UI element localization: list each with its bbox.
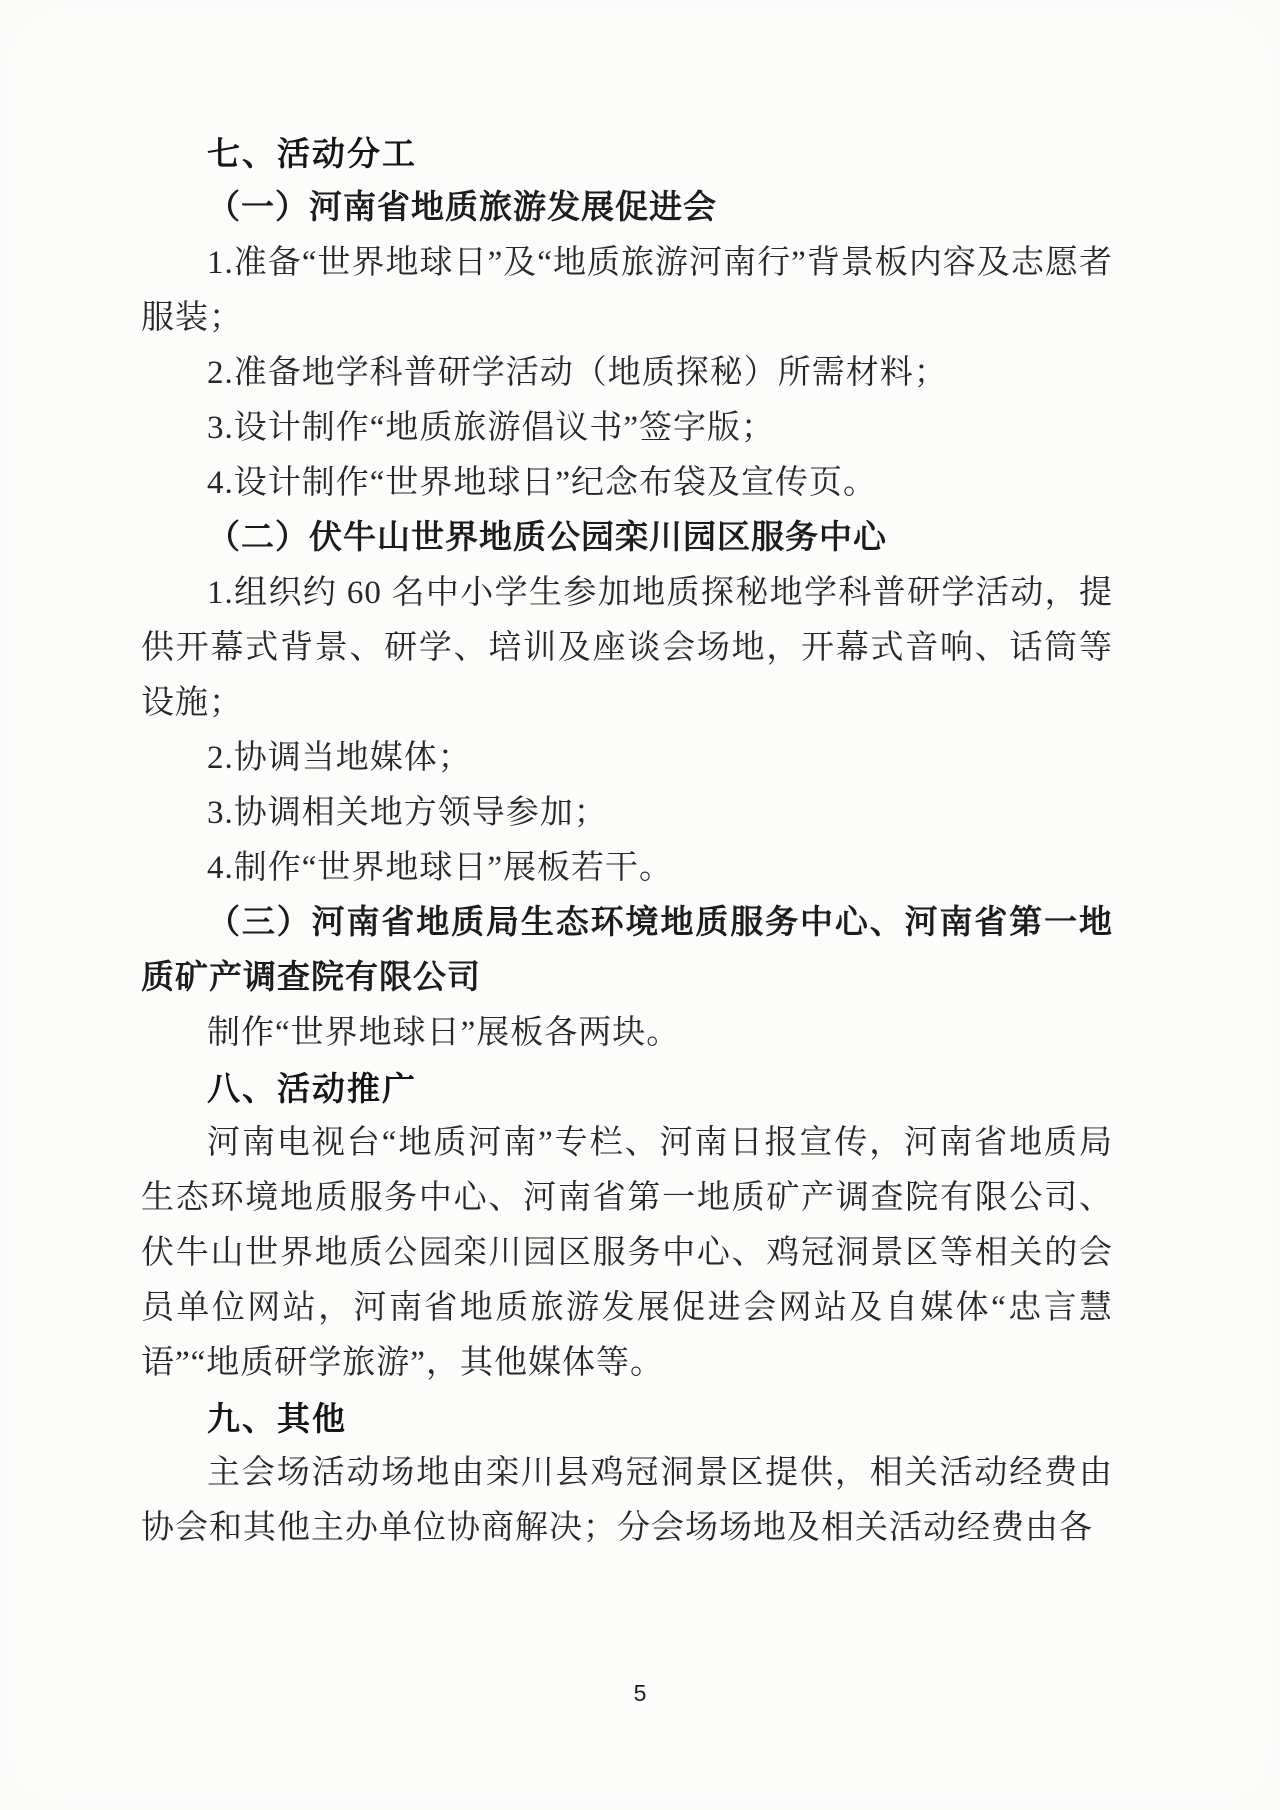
body-paragraph: 制作“世界地球日”展板各两块。 — [141, 1006, 1113, 1061]
body-paragraph: 4.设计制作“世界地球日”纪念布袋及宣传页。 — [141, 456, 1113, 511]
page-number: 5 — [634, 1680, 647, 1706]
section-heading: 九、其他 — [141, 1391, 1113, 1446]
sub-heading: （一）河南省地质旅游发展促进会 — [141, 181, 1113, 236]
section-heading: 七、活动分工 — [141, 126, 1113, 181]
page-footer: 5 — [0, 1680, 1280, 1707]
body-paragraph: 1.组织约 60 名中小学生参加地质探秘地学科普研学活动，提供开幕式背景、研学、… — [141, 566, 1113, 731]
document-page: 七、活动分工（一）河南省地质旅游发展促进会1.准备“世界地球日”及“地质旅游河南… — [0, 0, 1280, 1810]
body-paragraph: 2.协调当地媒体； — [141, 731, 1113, 786]
body-paragraph: 4.制作“世界地球日”展板若干。 — [141, 841, 1113, 896]
sub-heading: （三）河南省地质局生态环境地质服务中心、河南省第一地质矿产调查院有限公司 — [141, 896, 1113, 1006]
body-paragraph: 1.准备“世界地球日”及“地质旅游河南行”背景板内容及志愿者服装； — [141, 236, 1113, 346]
section-heading: 八、活动推广 — [141, 1061, 1113, 1116]
body-paragraph: 河南电视台“地质河南”专栏、河南日报宣传，河南省地质局生态环境地质服务中心、河南… — [141, 1116, 1113, 1391]
body-paragraph: 3.设计制作“地质旅游倡议书”签字版； — [141, 401, 1113, 456]
body-paragraph: 2.准备地学科普研学活动（地质探秘）所需材料； — [141, 346, 1113, 401]
sub-heading: （二）伏牛山世界地质公园栾川园区服务中心 — [141, 511, 1113, 566]
document-body: 七、活动分工（一）河南省地质旅游发展促进会1.准备“世界地球日”及“地质旅游河南… — [141, 126, 1113, 1556]
body-paragraph: 主会场活动场地由栾川县鸡冠洞景区提供，相关活动经费由协会和其他主办单位协商解决；… — [141, 1446, 1113, 1556]
body-paragraph: 3.协调相关地方领导参加； — [141, 786, 1113, 841]
